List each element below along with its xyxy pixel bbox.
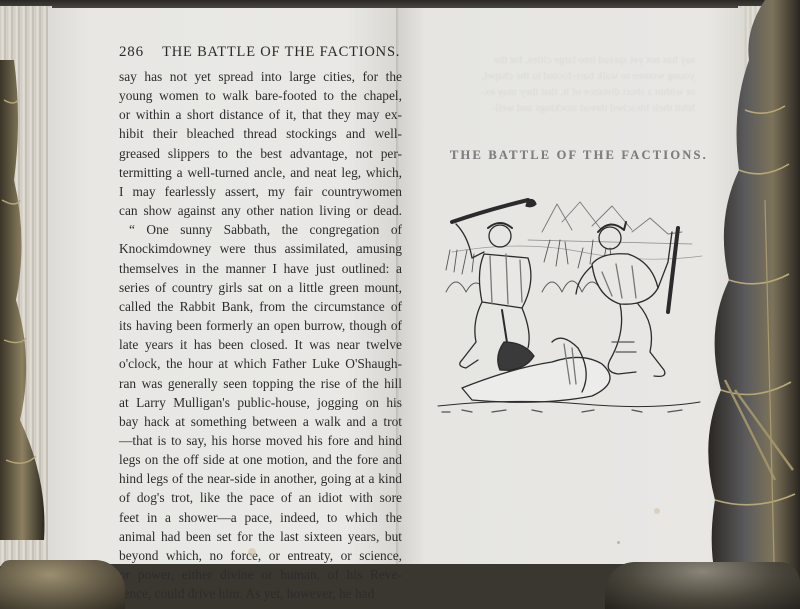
text-line: Knockimdowney were thus assimilated, amu… (119, 239, 402, 258)
text-line: of dog's trot, like the pace of an idiot… (119, 488, 402, 507)
right-bookend-base (605, 562, 800, 609)
text-line: young women to walk bare-footed to the c… (119, 86, 402, 105)
running-head: 286 THE BATTLE OF THE FACTIONS. (119, 44, 409, 61)
page-number: 286 (119, 44, 144, 60)
text-line: or power, either divine or human, of his… (119, 565, 402, 584)
text-line: ran was generally seen topping the rise … (119, 374, 402, 393)
text-line: say has not yet spread into large cities… (119, 67, 402, 86)
text-line: or within a short distance of it, that t… (119, 105, 402, 124)
ship-bookend-icon (705, 0, 800, 609)
text-line: themselves in the manner I have just out… (119, 259, 402, 278)
paper-stain (654, 508, 660, 514)
text-line: its having been formerly an open burrow,… (119, 316, 402, 335)
text-line: legs on the off side at one motion, and … (119, 450, 402, 469)
right-bronze-bookend (705, 0, 800, 609)
text-line: greased slippers to the best advantage, … (119, 144, 402, 163)
text-line: “ One sunny Sabbath, the congregation of (119, 220, 402, 239)
text-line: animal had been set for the last sixteen… (119, 527, 402, 546)
left-page-body: say has not yet spread into large cities… (119, 67, 402, 603)
text-line: rence, could drive him. As yet, however,… (119, 584, 402, 603)
text-line: called the Rabbit Bank, from the circums… (119, 297, 402, 316)
text-line: hibit their bleached thread stockings an… (119, 124, 402, 143)
left-bronze-bookend (0, 40, 70, 540)
text-line: termitting a well-turned ancle, and neat… (119, 163, 402, 182)
ship-bookend-icon (0, 40, 70, 540)
text-line: series of country girls sat on a little … (119, 278, 402, 297)
text-line: hind legs of the near-side in another, g… (119, 469, 402, 488)
running-head-title: THE BATTLE OF THE FACTIONS. (162, 44, 400, 60)
text-line: —that is to say, his horse moved his for… (119, 431, 402, 450)
text-line: at Larry Mulligan's public-house, joggin… (119, 393, 402, 412)
text-line: o'clock, the hour at which Father Luke O… (119, 354, 402, 373)
plate-title: THE BATTLE OF THE FACTIONS. (450, 148, 696, 163)
text-line: bay hack at something between a walk and… (119, 412, 402, 431)
fight-scene-engraving-icon (432, 192, 704, 416)
photo-scene: 286 THE BATTLE OF THE FACTIONS. say has … (0, 0, 800, 609)
text-line: beyond which, no force, or entreaty, or … (119, 546, 402, 565)
shelf-top (0, 0, 800, 8)
text-line: I may fearlessly assert, my fair country… (119, 182, 402, 201)
text-line: can show against any other nation living… (119, 201, 402, 220)
text-line: late years it has been closed. It was ne… (119, 335, 402, 354)
bleed-through-text: say has not yet spread into large cities… (450, 52, 695, 116)
left-bookend-base (0, 560, 125, 609)
paper-stain (248, 548, 256, 557)
text-line: feet in a shower—a pace, indeed, to whic… (119, 508, 402, 527)
engraving-illustration (432, 192, 704, 416)
paper-stain (617, 541, 620, 544)
